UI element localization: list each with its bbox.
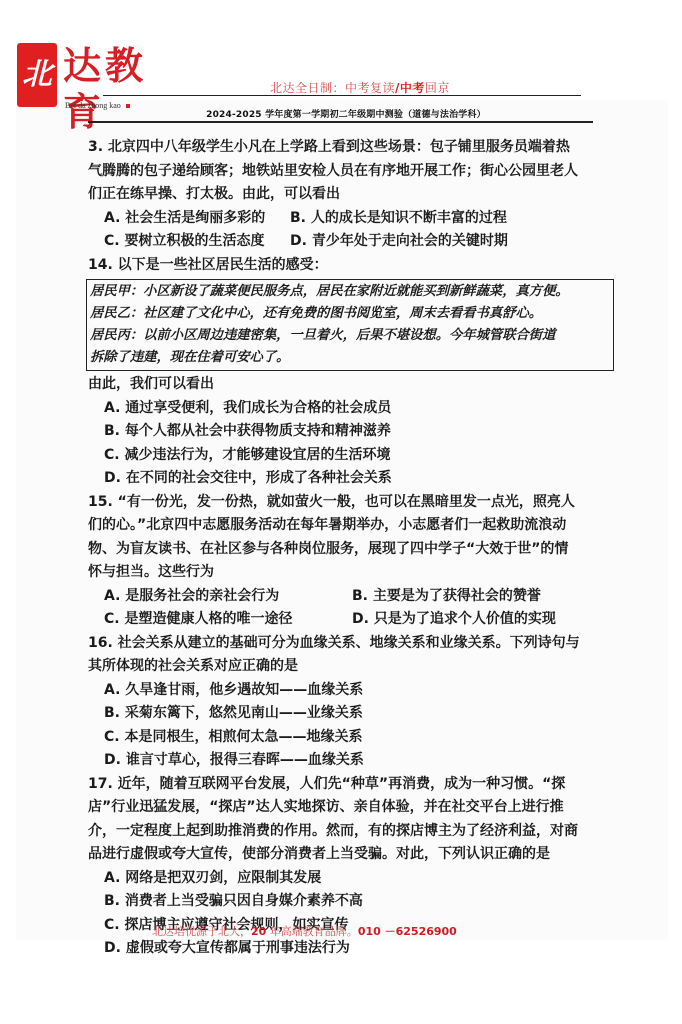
- option-row: C. 是塑造健康人格的唯一途径 D. 只是为了追求个人价值的实现: [88, 608, 618, 632]
- option-b: B. 人的成长是知识不断丰富的过程: [290, 207, 507, 231]
- option-d: D. 青少年处于走向社会的关键时期: [290, 230, 508, 254]
- option-b: B. 主要是为了获得社会的赞誉: [352, 585, 541, 609]
- question-stem-line: 介，一定程度上起到助推消费的作用。然而，有的探店博主为了经济利益，对商: [88, 820, 618, 844]
- banner-prefix: 北达全日制：中考复读: [270, 81, 395, 95]
- title-divider: [88, 121, 593, 123]
- option-a: A. 是服务社会的亲社会行为: [104, 585, 352, 609]
- question-3: 3. 北京四中八年级学生小凡在上学路上看到这些场景：包子铺里服务员端着热 气腾腾…: [88, 136, 618, 254]
- question-14: 14. 以下是一些社区居民生活的感受： 居民甲：小区新设了蔬菜便民服务点，居民在…: [88, 254, 618, 491]
- header-divider: [103, 95, 581, 96]
- quote-line: 拆除了违建，现在住着可安心了。: [90, 347, 611, 369]
- question-16: 16. 社会关系从建立的基础可分为血缘关系、地缘关系和业缘关系。下列诗句与 其所…: [88, 632, 618, 773]
- logo-mark: 北: [17, 43, 57, 107]
- quote-line: 居民丙：以前小区周边违建密集，一旦着火，后果不堪设想。今年城管联合街道: [90, 325, 611, 347]
- option-a: A. 通过享受便利，我们成长为合格的社会成员: [88, 397, 618, 421]
- question-stem-line: 怀与担当。这些行为: [88, 561, 618, 585]
- footer-advert: 北达培优源于北大，20 年高端教育品牌。010 －62526900: [152, 923, 457, 939]
- footer-text-1: 北达培优源于北大，: [152, 925, 251, 938]
- option-c: C. 减少违法行为，才能够建设宜居的生活环境: [88, 444, 618, 468]
- header-banner: 北达全日制：中考复读/中考回京: [270, 79, 450, 96]
- question-stem-line: 15. “有一份光，发一份热，就如萤火一般，也可以在黑暗里发一点光，照亮人: [88, 491, 618, 515]
- question-stem-line: 们正在练早操、打太极。由此，可以看出: [88, 183, 618, 207]
- footer-phone: 010 －62526900: [358, 925, 457, 938]
- question-stem-line: 14. 以下是一些社区居民生活的感受：: [88, 254, 618, 278]
- option-b: B. 消费者上当受骗只因自身媒介素养不高: [88, 890, 618, 914]
- option-c: C. 要树立积极的生活态度: [104, 230, 290, 254]
- banner-highlight: 中考: [400, 81, 425, 95]
- question-stem-line: 物、为盲友读书、在社区参与各种岗位服务，展现了四中学子“大效于世”的情: [88, 538, 618, 562]
- option-b: B. 每个人都从社会中获得物质支持和精神滋养: [88, 420, 618, 444]
- question-stem-line: 3. 北京四中八年级学生小凡在上学路上看到这些场景：包子铺里服务员端着热: [88, 136, 618, 160]
- question-stem-line: 店”行业迅猛发展，“探店”达人实地探访、亲自体验，并在社交平台上进行推: [88, 796, 618, 820]
- exam-title: 2024-2025 学年度第一学期初二年级期中测验（道德与法治学科）: [0, 107, 682, 120]
- option-b: B. 采菊东篱下，悠然见南山——业缘关系: [88, 702, 618, 726]
- question-lead: 由此，我们可以看出: [88, 373, 618, 397]
- option-d: D. 只是为了追求个人价值的实现: [352, 608, 556, 632]
- option-a: A. 网络是把双刃剑，应限制其发展: [88, 867, 618, 891]
- banner-suffix: 回京: [425, 81, 450, 95]
- brand-logo: 北 达教育 Bei da zhong kao: [17, 43, 187, 115]
- quote-line: 居民乙：社区建了文化中心，还有免费的图书阅览室，周末去看看书真舒心。: [90, 303, 611, 325]
- question-stem-line: 们的心。”北京四中志愿服务活动在每年暑期举办，小志愿者们一起救助流浪动: [88, 514, 618, 538]
- option-row: A. 是服务社会的亲社会行为 B. 主要是为了获得社会的赞誉: [88, 585, 618, 609]
- question-stem-line: 品进行虚假或夸大宣传，使部分消费者上当受骗。对此，下列认识正确的是: [88, 843, 618, 867]
- option-c: C. 是塑造健康人格的唯一途径: [104, 608, 352, 632]
- option-a: A. 久旱逢甘雨，他乡遇故知——血缘关系: [88, 679, 618, 703]
- footer-years: 20: [251, 925, 266, 938]
- question-stem-line: 气腾腾的包子递给顾客；地铁站里安检人员在有序地开展工作；街心公园里老人: [88, 160, 618, 184]
- exam-content: 3. 北京四中八年级学生小凡在上学路上看到这些场景：包子铺里服务员端着热 气腾腾…: [88, 136, 618, 961]
- option-d: D. 谁言寸草心，报得三春晖——血缘关系: [88, 749, 618, 773]
- option-d: D. 在不同的社会交往中，形成了各种社会关系: [88, 467, 618, 491]
- footer-text-2: 年高端教育品牌。: [266, 925, 358, 938]
- question-stem-line: 其所体现的社会关系对应正确的是: [88, 655, 618, 679]
- option-c: C. 本是同根生，相煎何太急——地缘关系: [88, 726, 618, 750]
- resident-quotes-box: 居民甲：小区新设了蔬菜便民服务点，居民在家附近就能买到新鲜蔬菜，真方便。 居民乙…: [86, 279, 614, 371]
- question-15: 15. “有一份光，发一份热，就如萤火一般，也可以在黑暗里发一点光，照亮人 们的…: [88, 491, 618, 632]
- option-d: D. 虚假或夸大宣传都属于刑事违法行为: [88, 937, 618, 961]
- option-row: A. 社会生活是绚丽多彩的 B. 人的成长是知识不断丰富的过程: [88, 207, 618, 231]
- option-row: C. 要树立积极的生活态度 D. 青少年处于走向社会的关键时期: [88, 230, 618, 254]
- quote-line: 居民甲：小区新设了蔬菜便民服务点，居民在家附近就能买到新鲜蔬菜，真方便。: [90, 281, 611, 303]
- question-stem-line: 17. 近年，随着互联网平台发展，人们先“种草”再消费，成为一种习惯。“探: [88, 773, 618, 797]
- question-stem-line: 16. 社会关系从建立的基础可分为血缘关系、地缘关系和业缘关系。下列诗句与: [88, 632, 618, 656]
- option-a: A. 社会生活是绚丽多彩的: [104, 207, 290, 231]
